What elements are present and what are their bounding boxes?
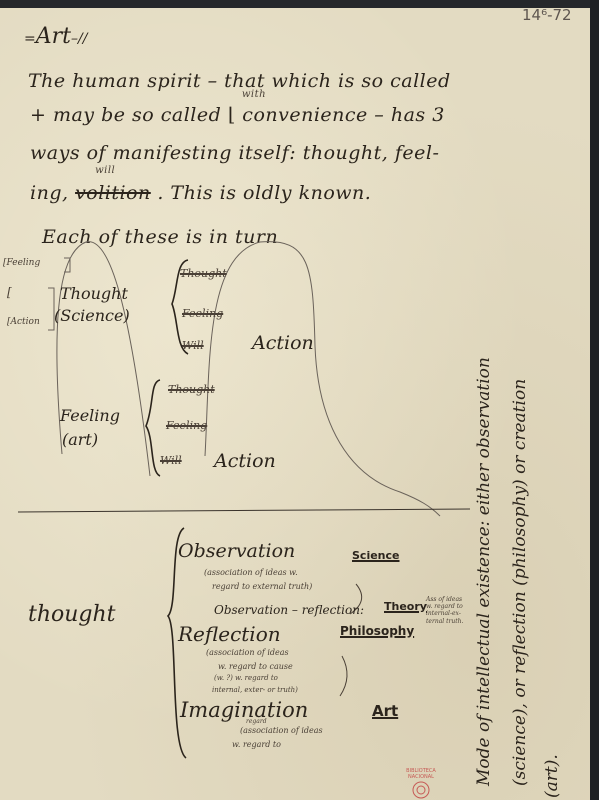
- observation-label: Observation: [178, 542, 295, 561]
- library-stamp: BIBLIOTECA NACIONAL: [398, 768, 444, 800]
- imagination-label: Imagination: [180, 700, 308, 721]
- reflection-note-2: w. regard to cause: [218, 662, 293, 672]
- diagram-feeling-item-1: Thought: [168, 384, 215, 395]
- diagram-thought-label: Thought: [60, 286, 128, 302]
- diagram-thought-item-2: Feeling: [182, 308, 223, 319]
- scan-right-edge: [590, 0, 599, 800]
- manuscript-page: 14⁶-72 =Art–// The human spirit – that w…: [0, 6, 590, 800]
- diagram-feeling-item-3: Will: [160, 455, 182, 466]
- observation-note-2: regard to external truth): [212, 582, 312, 592]
- diagram-thought-item-1: Thought: [180, 268, 227, 279]
- diagram-thought-sub: (Science): [54, 308, 130, 324]
- diagram-feeling-label: Feeling: [60, 408, 120, 424]
- diagram-feeling-sub: (art): [62, 432, 98, 448]
- reflection-label: Reflection: [178, 624, 281, 644]
- vertical-note-line-2: (science), or reflection (philosophy) or…: [510, 379, 530, 786]
- scan-top-edge: [0, 0, 599, 8]
- diagram-feeling-item-2: Feeling: [166, 420, 207, 431]
- reflection-note-1: (association of ideas: [206, 648, 289, 658]
- imagination-category-art: Art: [372, 704, 398, 719]
- stamp-text: BIBLIOTECA NACIONAL: [398, 768, 444, 780]
- vertical-note-line-1: Mode of intellectual existence: either o…: [474, 357, 494, 786]
- observation-note-1: (association of ideas w.: [204, 568, 298, 578]
- reflection-note-3: (w. ?) w. regard to: [214, 674, 278, 682]
- vertical-note-line-3: (art).: [542, 754, 562, 798]
- theory-note-line-1: Ass of ideas: [426, 596, 463, 603]
- theory-note-line-3: internal-ex-: [426, 610, 463, 617]
- diagram-thought-item-3: Will: [182, 340, 204, 351]
- imagination-note-1: (association of ideas: [240, 726, 323, 736]
- observation-category-science: Science: [352, 550, 400, 561]
- theory-note-line-4: ternal truth.: [426, 618, 463, 625]
- reflection-note-4: internal, exter- or truth): [212, 686, 298, 694]
- theory-note: Ass of ideas w. regard to internal-ex- t…: [426, 596, 463, 625]
- diagram-feeling-result: Action: [214, 452, 276, 471]
- theory-category: Theory: [384, 601, 427, 612]
- diagram-curves: [0, 6, 590, 800]
- imagination-note-insert: regard: [246, 718, 267, 725]
- reflection-category-philosophy: Philosophy: [340, 625, 414, 637]
- lower-root-thought: thought: [28, 604, 116, 626]
- stamp-seal-icon: [411, 780, 431, 800]
- theory-line-text: Observation – reflection:: [214, 604, 364, 616]
- imagination-note-2: w. regard to: [232, 740, 281, 750]
- diagram-thought-result: Action: [252, 334, 314, 353]
- theory-note-line-2: w. regard to: [426, 603, 463, 610]
